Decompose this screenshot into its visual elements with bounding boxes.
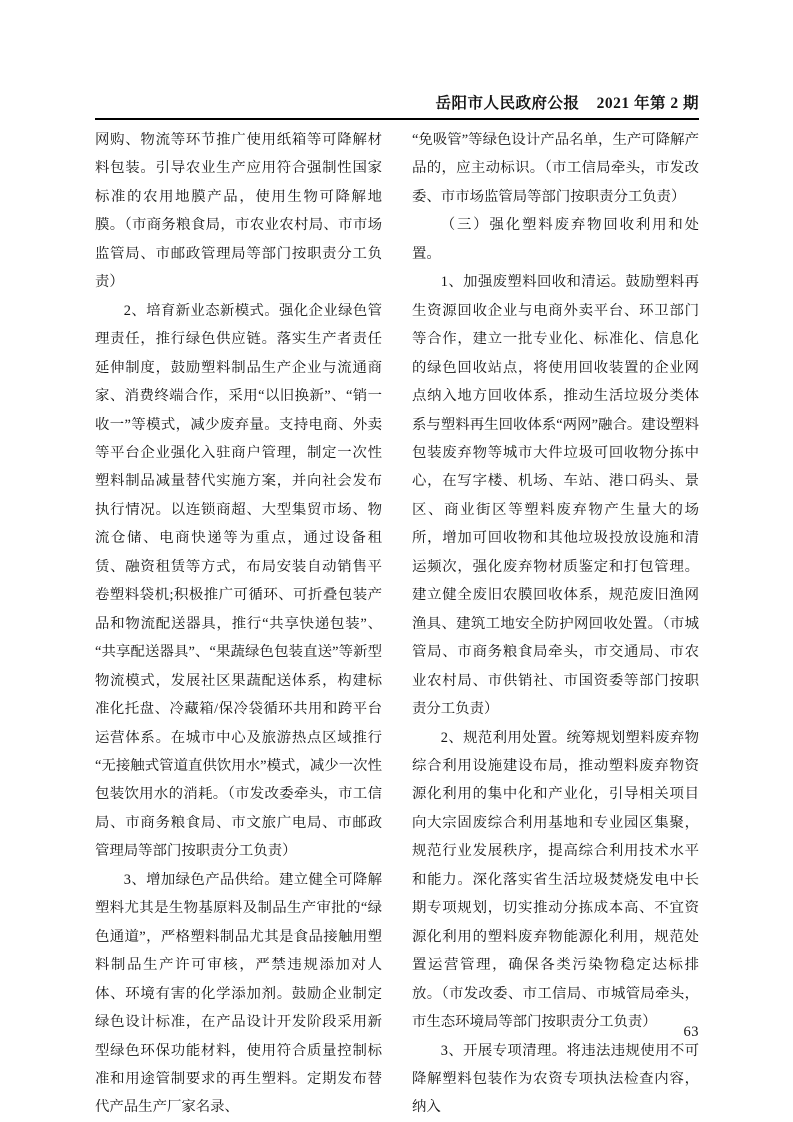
paragraph: 1、加强废塑料回收和清运。鼓励塑料再生资源回收企业与电商外卖平台、环卫部门等合作… [412,268,699,723]
text-columns: 网购、物流等环节推广使用纸箱等可降解材料包装。引导农业生产应用符合强制性国家标准… [95,126,699,1122]
paragraph: 2、规范利用处置。统筹规划塑料废弃物综合利用设施建设布局，推动塑料废弃物资源化利… [412,724,699,1037]
running-header: 岳阳市人民政府公报2021 年第 2 期 [436,91,699,113]
paragraph: 2、培育新业态新模式。强化企业绿色管理责任，推行绿色供应链。落实生产者责任延伸制… [95,297,382,866]
page-number: 63 [684,1024,700,1041]
gazette-issue: 2021 年第 2 期 [597,95,699,112]
paragraph: 网购、物流等环节推广使用纸箱等可降解材料包装。引导农业生产应用符合强制性国家标准… [95,126,382,297]
gazette-title: 岳阳市人民政府公报 [436,95,580,112]
right-column: “免吸管”等绿色设计产品名单，生产可降解产品的，应主动标识。（市工信局牵头，市发… [412,126,699,1122]
paragraph: 3、开展专项清理。将违法违规使用不可降解塑料包装作为农资专项执法检查内容，纳入 [412,1037,699,1122]
left-column: 网购、物流等环节推广使用纸箱等可降解材料包装。引导农业生产应用符合强制性国家标准… [95,126,382,1122]
section-heading-paragraph: （三）强化塑料废弃物回收利用和处置。 [412,211,699,268]
gazette-page: 岳阳市人民政府公报2021 年第 2 期 网购、物流等环节推广使用纸箱等可降解材… [0,0,793,1122]
paragraph: 3、增加绿色产品供给。建立健全可降解塑料尤其是生物基原料及制品生产审批的“绿色通… [95,866,382,1122]
paragraph: “免吸管”等绿色设计产品名单，生产可降解产品的，应主动标识。（市工信局牵头，市发… [412,126,699,211]
page-content: 岳阳市人民政府公报2021 年第 2 期 网购、物流等环节推广使用纸箱等可降解材… [95,0,699,1122]
header-rule [95,118,699,120]
